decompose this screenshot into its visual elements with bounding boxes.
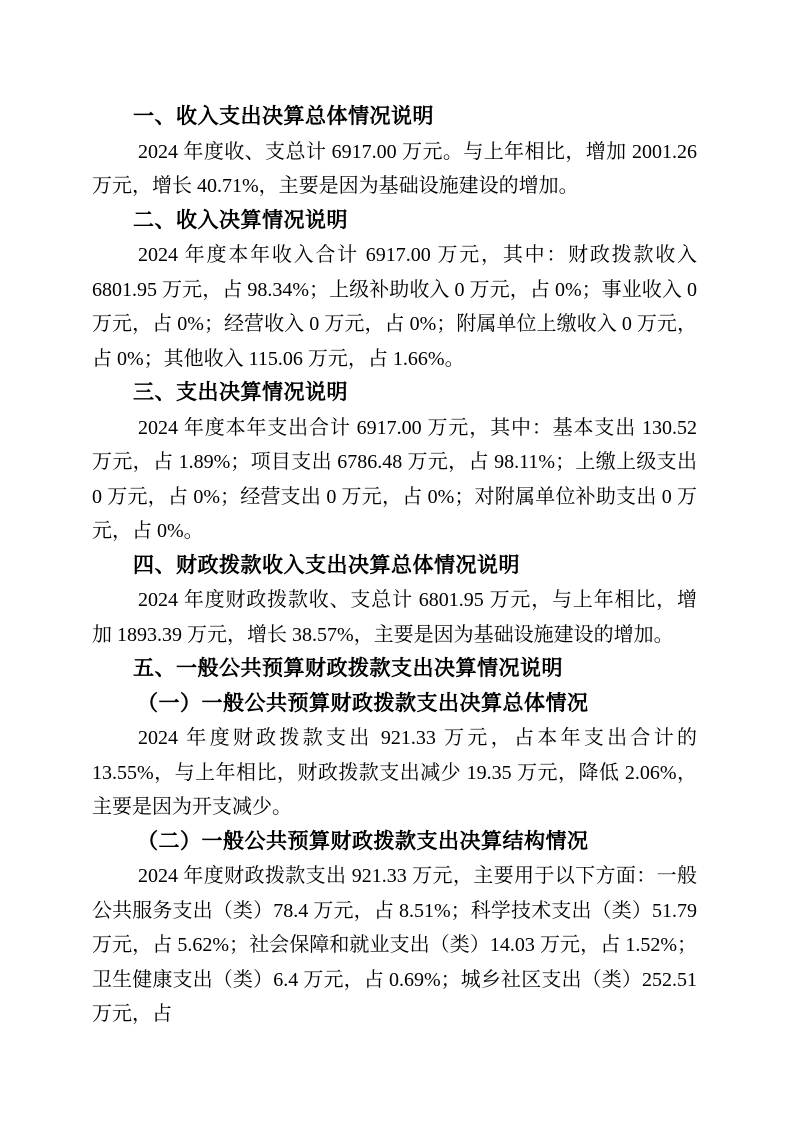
document-body: 一、收入支出决算总体情况说明 2024 年度收、支总计 6917.00 万元。与… xyxy=(92,100,697,1032)
paragraph-structure-situation: 2024 年度财政拨款支出 921.33 万元，主要用于以下方面：一般公共服务支… xyxy=(92,859,697,1032)
paragraph-income-final-accounts: 2024 年度本年收入合计 6917.00 万元，其中：财政拨款收入 6801.… xyxy=(92,238,697,376)
document-page: 一、收入支出决算总体情况说明 2024 年度收、支总计 6917.00 万元。与… xyxy=(0,0,793,1122)
section-heading-expenditure-final-accounts: 三、支出决算情况说明 xyxy=(92,376,697,411)
paragraph-fiscal-appropriation-overview: 2024 年度财政拨款收、支总计 6801.95 万元，与上年相比，增加 189… xyxy=(92,583,697,652)
section-heading-income-final-accounts: 二、收入决算情况说明 xyxy=(92,204,697,239)
subsection-heading-structure-situation: （二）一般公共预算财政拨款支出决算结构情况 xyxy=(92,825,697,860)
paragraph-expenditure-final-accounts: 2024 年度本年支出合计 6917.00 万元，其中：基本支出 130.52 … xyxy=(92,411,697,549)
section-heading-general-budget-expenditure: 五、一般公共预算财政拨款支出决算情况说明 xyxy=(92,652,697,687)
subsection-heading-overall-situation: （一）一般公共预算财政拨款支出决算总体情况 xyxy=(92,687,697,722)
paragraph-overall-situation: 2024 年度财政拨款支出 921.33 万元，占本年支出合计的 13.55%，… xyxy=(92,721,697,825)
section-heading-income-expenditure-overview: 一、收入支出决算总体情况说明 xyxy=(92,100,697,135)
section-heading-fiscal-appropriation-overview: 四、财政拨款收入支出决算总体情况说明 xyxy=(92,549,697,584)
paragraph-income-expenditure-overview: 2024 年度收、支总计 6917.00 万元。与上年相比，增加 2001.26… xyxy=(92,135,697,204)
